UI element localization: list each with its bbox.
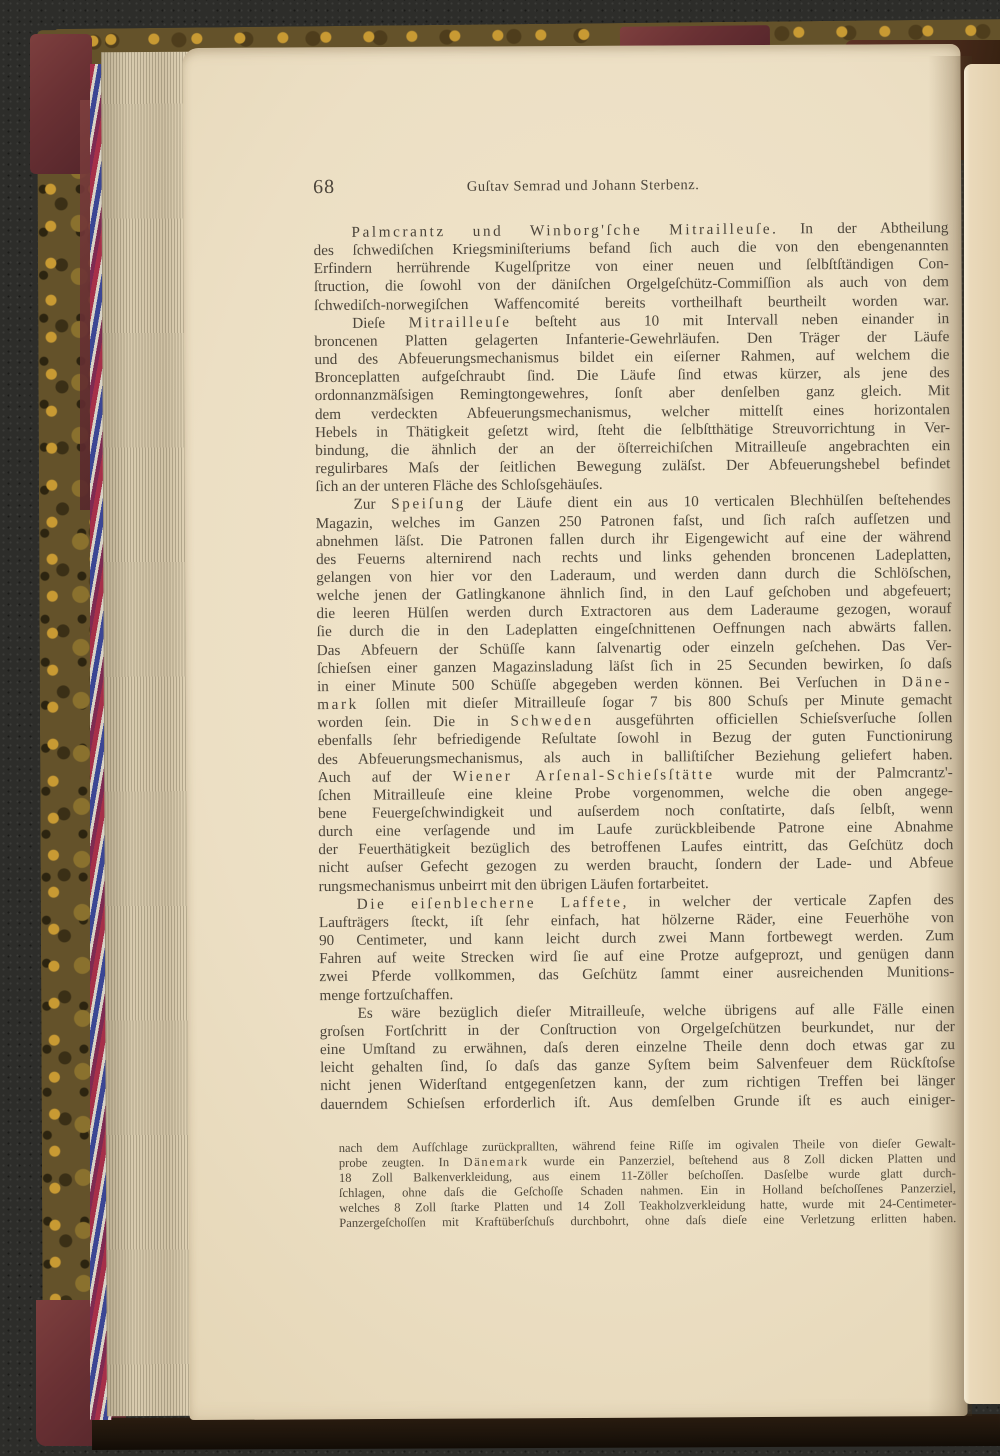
- text-line: dauerndem Schieſsen erforderlich iſt. Au…: [320, 1091, 955, 1114]
- text-segment: Dieſe: [352, 314, 409, 331]
- paragraph: Die eiſenblecherne Laffete, in welcher d…: [319, 891, 955, 1005]
- letterspaced-text: Wiener Arſenal-Schieſsſtätte: [453, 766, 715, 785]
- text-segment: regulirbares Maſs der ſeitlichen Bewegun…: [315, 455, 950, 477]
- letterspaced-text: Schweden: [510, 712, 593, 730]
- text-segment: . In der Abtheilung: [772, 219, 948, 237]
- footnote-block: nach dem Aufſchlage zurückprallten, währ…: [339, 1136, 957, 1231]
- text-segment: ſich an der unteren Fläche des Schloſsge…: [315, 476, 602, 495]
- text-segment: wurde mit der Palmcrantz'-: [715, 764, 953, 783]
- book-photo-scene: 68 Guſtav Semrad und Johann Sterbenz. Pa…: [0, 0, 1000, 1456]
- text-segment: dauerndem Schieſsen erforderlich iſt. Au…: [320, 1091, 955, 1113]
- page-number: 68: [313, 176, 335, 199]
- text-segment: menge fortzuſchaffen.: [319, 986, 453, 1004]
- body-text: Palmcrantz und Winborg'ſche Mitrailleuſe…: [313, 219, 955, 1114]
- letterspaced-text: Dänemark: [463, 1155, 528, 1170]
- letterspaced-text: Palmcrantz und Winborg'ſche Mitrailleuſe: [351, 221, 772, 241]
- letterspaced-text: Däne-: [902, 673, 952, 690]
- letterspaced-text: Speiſung: [391, 495, 466, 513]
- text-segment: nicht auſser Gefecht gezogen zu werden b…: [318, 855, 953, 877]
- text-segment: rungsmechanismus unbeirrt mit den übrige…: [319, 875, 709, 895]
- paragraph: Zur Speiſung der Läufe dient ein aus 10 …: [316, 491, 954, 895]
- page-header: 68 Guſtav Semrad und Johann Sterbenz.: [313, 171, 948, 202]
- text-segment: Auch auf der: [318, 768, 453, 786]
- text-segment: probe zeugten. In: [339, 1155, 464, 1170]
- letterspaced-text: mark: [317, 696, 359, 713]
- letterspaced-text: Mitrailleuſe: [409, 313, 512, 331]
- text-segment: Zur: [354, 496, 392, 513]
- paragraph: Dieſe Mitrailleuſe beſteht aus 10 mit In…: [314, 310, 950, 497]
- text-segment: worden ſein. Die in: [317, 713, 510, 732]
- text-segment: der Läufe dient ein aus 10 verticalen Bl…: [466, 491, 951, 512]
- letterspaced-text: Die eiſenblecherne Laffete: [357, 893, 623, 912]
- text-segment: beſteht aus 10 mit Intervall neben einan…: [512, 310, 950, 330]
- text-segment: , in welcher der verticale Zapfen des: [623, 891, 954, 911]
- paragraph: Es wäre bezüglich dieſer Mitrailleuſe, w…: [320, 1000, 956, 1114]
- text-segment: ausgeführten officiellen Schieſsverſuche…: [594, 709, 953, 729]
- text-segment: zwei Pferde vollkommen, das Geſchütz ſam…: [319, 964, 954, 986]
- running-title: Guſtav Semrad und Johann Sterbenz.: [453, 177, 713, 196]
- paragraph: Palmcrantz und Winborg'ſche Mitrailleuſe…: [313, 219, 949, 315]
- page-text-layer: 68 Guſtav Semrad und Johann Sterbenz. Pa…: [0, 0, 1000, 1456]
